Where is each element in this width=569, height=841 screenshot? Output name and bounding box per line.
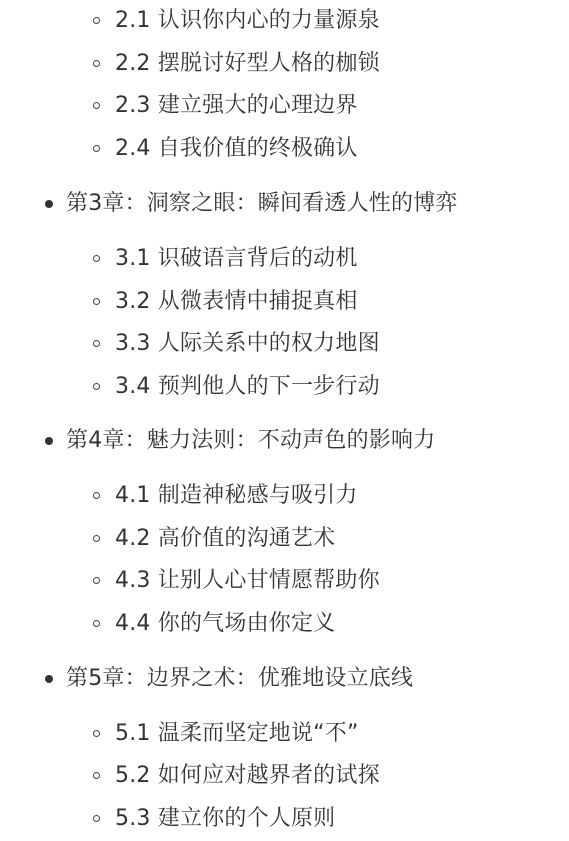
subsection-label: 4.1 制造神秘感与吸引力 [115, 483, 358, 508]
hollow-bullet-icon [93, 492, 100, 499]
hollow-bullet-icon [93, 340, 100, 347]
hollow-bullet-icon [93, 772, 100, 779]
list-item: 5.1 温柔而坚定地说“不” [115, 719, 359, 749]
hollow-bullet-icon [93, 383, 100, 390]
list-item: 2.1 认识你内心的力量源泉 [115, 6, 380, 36]
hollow-bullet-icon [93, 145, 100, 152]
list-item: 4.4 你的气场由你定义 [115, 609, 335, 639]
filled-bullet-icon [45, 200, 53, 208]
list-item: 4.2 高价值的沟通艺术 [115, 524, 335, 554]
subsection-label: 3.1 识破语言背后的动机 [115, 246, 358, 271]
hollow-bullet-icon [93, 255, 100, 262]
hollow-bullet-icon [93, 102, 100, 109]
hollow-bullet-icon [93, 730, 100, 737]
list-item: 3.1 识破语言背后的动机 [115, 244, 358, 274]
subsection-label: 2.2 摆脱讨好型人格的枷锁 [115, 51, 380, 76]
list-item: 2.4 自我价值的终极确认 [115, 134, 358, 164]
chapter-title: 第4章：魅力法则：不动声色的影响力 [66, 428, 435, 453]
chapter-title: 第5章：边界之术：优雅地设立底线 [66, 666, 413, 691]
subsection-label: 4.3 让别人心甘情愿帮助你 [115, 568, 380, 593]
hollow-bullet-icon [93, 577, 100, 584]
filled-bullet-icon [45, 675, 53, 683]
list-item: 4.3 让别人心甘情愿帮助你 [115, 566, 380, 596]
hollow-bullet-icon [93, 620, 100, 627]
hollow-bullet-icon [93, 815, 100, 822]
subsection-label: 5.3 建立你的个人原则 [115, 806, 335, 831]
list-item: 3.3 人际关系中的权力地图 [115, 329, 380, 359]
list-item: 3.2 从微表情中捕捉真相 [115, 287, 358, 317]
hollow-bullet-icon [93, 60, 100, 67]
filled-bullet-icon [45, 437, 53, 445]
list-item: 3.4 预判他人的下一步行动 [115, 372, 380, 402]
subsection-label: 3.3 人际关系中的权力地图 [115, 331, 380, 356]
list-item: 2.2 摆脱讨好型人格的枷锁 [115, 49, 380, 79]
hollow-bullet-icon [93, 17, 100, 24]
subsection-label: 3.4 预判他人的下一步行动 [115, 374, 380, 399]
list-item: 4.1 制造神秘感与吸引力 [115, 481, 358, 511]
hollow-bullet-icon [93, 535, 100, 542]
subsection-label: 3.2 从微表情中捕捉真相 [115, 289, 358, 314]
chapter-heading: 第3章：洞察之眼：瞬间看透人性的博弈 [66, 189, 458, 219]
list-item: 5.3 建立你的个人原则 [115, 804, 335, 834]
subsection-label: 2.4 自我价值的终极确认 [115, 136, 358, 161]
chapter-title: 第3章：洞察之眼：瞬间看透人性的博弈 [66, 191, 458, 216]
subsection-label: 4.2 高价值的沟通艺术 [115, 526, 335, 551]
chapter-heading: 第4章：魅力法则：不动声色的影响力 [66, 426, 435, 456]
subsection-label: 2.1 认识你内心的力量源泉 [115, 8, 380, 33]
subsection-label: 5.2 如何应对越界者的试探 [115, 763, 380, 788]
hollow-bullet-icon [93, 298, 100, 305]
list-item: 2.3 建立强大的心理边界 [115, 91, 358, 121]
subsection-label: 2.3 建立强大的心理边界 [115, 93, 358, 118]
subsection-label: 5.1 温柔而坚定地说“不” [115, 721, 359, 746]
subsection-label: 4.4 你的气场由你定义 [115, 611, 335, 636]
chapter-heading: 第5章：边界之术：优雅地设立底线 [66, 664, 413, 694]
list-item: 5.2 如何应对越界者的试探 [115, 761, 380, 791]
